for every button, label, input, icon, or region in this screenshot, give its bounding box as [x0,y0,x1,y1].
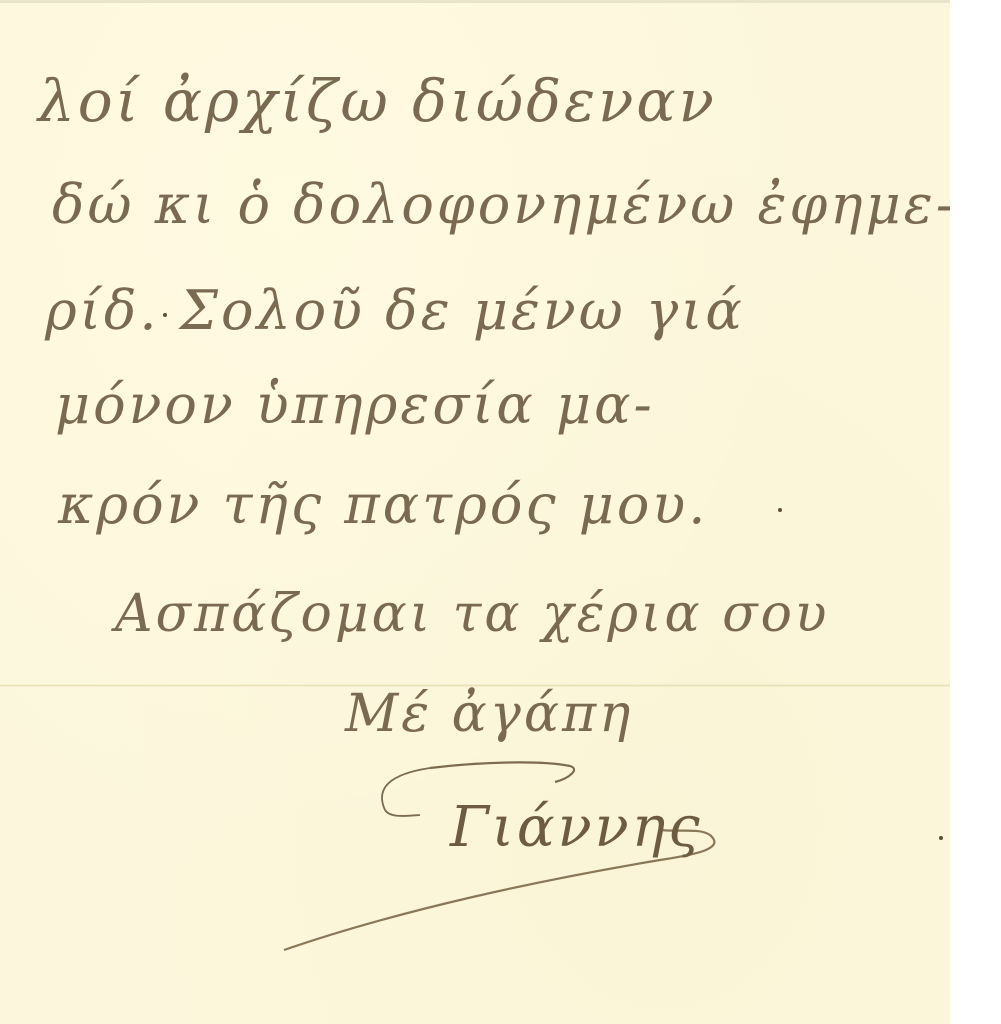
letter-line-3: ρίδ. Σολοῦ δε μένω γιά [45,284,745,338]
signature-flourish-icon [280,760,800,960]
letter-line-4: μόνον ὑπηρεσία μα- [55,378,655,432]
letter-line-1: λοί ἀρχίζω διώδεναν [38,72,717,130]
ink-speck [939,836,943,840]
letter-signature: Γιάννης [450,800,703,856]
scan-margin [950,0,1001,1024]
letter-closing: Ασπάζομαι τα χέρια σου [115,588,830,640]
letter-line-2: δώ κι ὁ δολοφονημένω ἐφημε- [52,178,957,232]
ink-speck [778,508,782,512]
ink-speck [163,313,167,317]
paper-top-edge [0,0,950,3]
letter-sheet: λοί ἀρχίζω διώδεναν δώ κι ὁ δολοφονημένω… [0,0,950,1024]
letter-valediction: Μέ ἀγάπη [345,688,633,740]
letter-line-5: κρόν τῆς πατρός μου. [58,478,708,532]
